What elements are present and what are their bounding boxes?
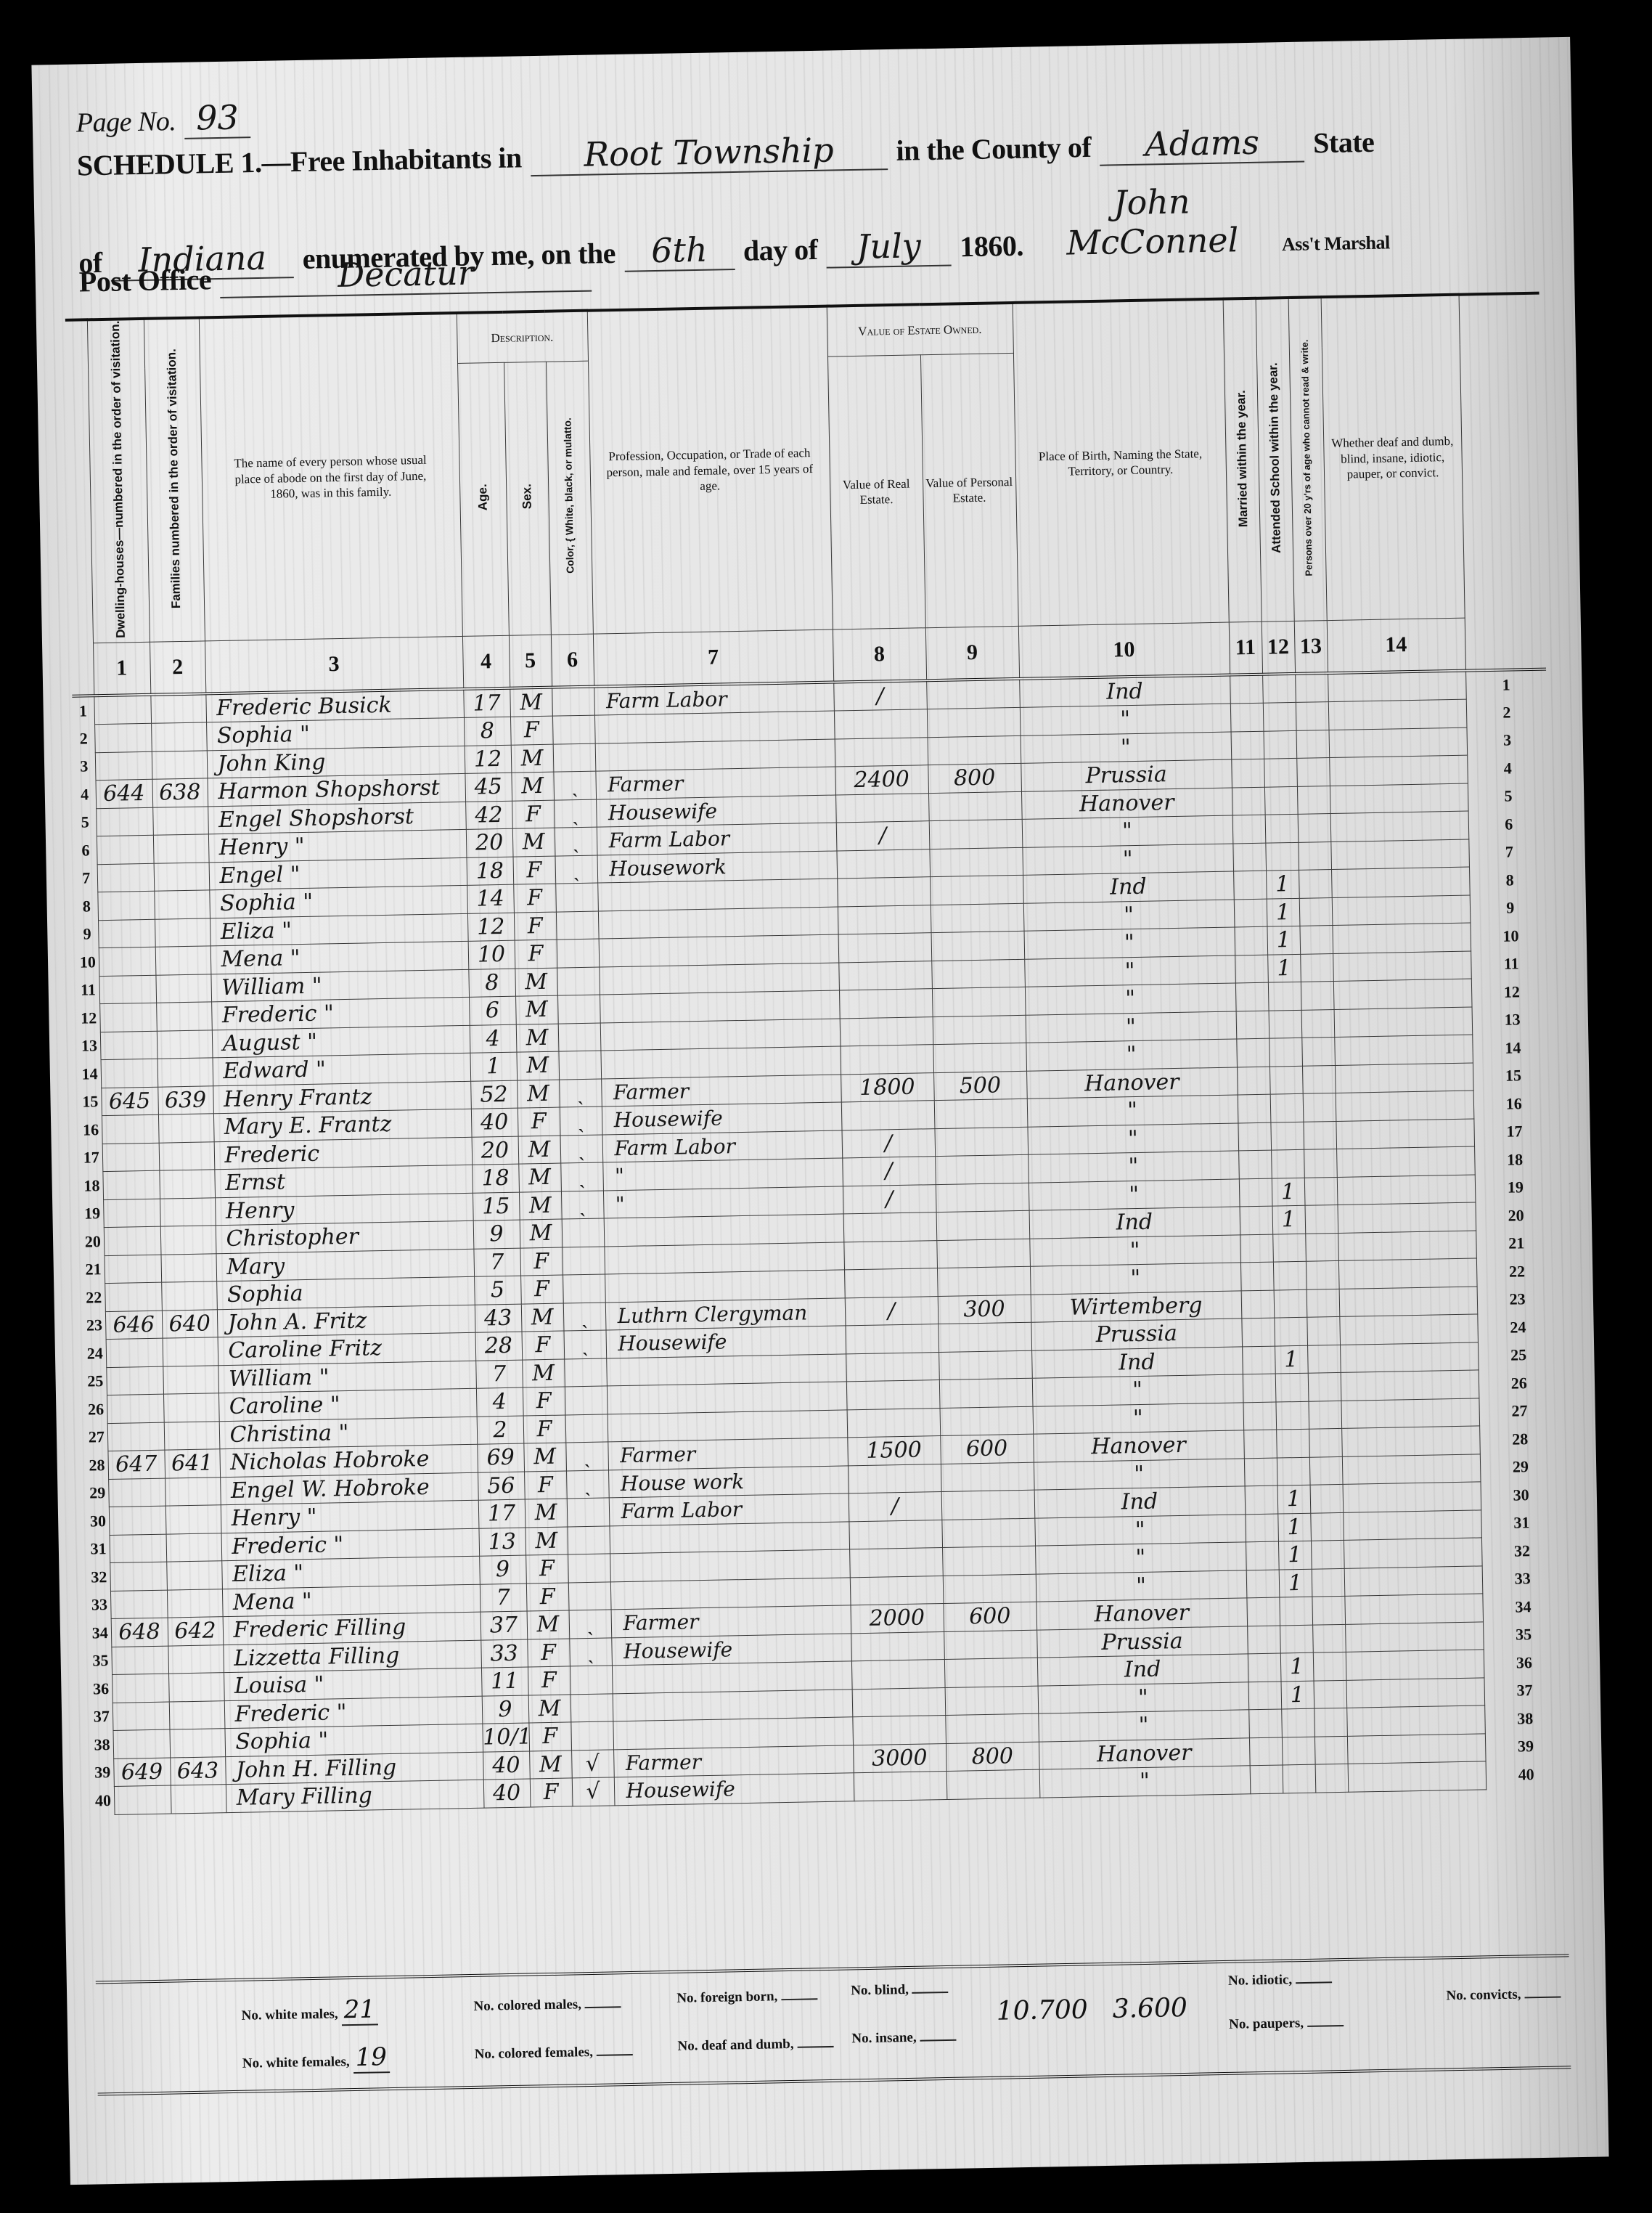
personal-estate-value [933,1043,1026,1072]
line-number: 35 [89,1647,112,1675]
right-line-number: 27 [1479,1396,1560,1426]
school-mark [1268,982,1301,1010]
real-estate-value [840,1016,933,1046]
real-estate-value [838,905,931,934]
married-mark [1248,1653,1281,1682]
family-number [155,918,210,947]
color-mark: ˎ [563,1330,606,1359]
line-number: 23 [83,1311,106,1340]
condition [1340,1342,1479,1373]
sex: F [527,1639,570,1668]
person-name: Ernst [214,1165,473,1197]
family-number [152,750,208,779]
age: 7 [475,1360,523,1389]
right-line-number: 35 [1483,1620,1564,1650]
person-name: Sophia " [206,717,465,750]
person-name: Eliza " [210,913,468,946]
married-mark [1236,1011,1269,1039]
illiterate-mark [1311,1540,1344,1568]
personal-estate-value [946,1769,1040,1799]
real-estate-value [850,1576,944,1605]
line-number: 26 [85,1395,107,1424]
real-estate-value [841,1101,935,1130]
age: 20 [466,828,513,857]
color-mark [567,1525,610,1554]
col-number: 2 [150,641,205,695]
white-females-total: No. white females, 19 [242,2042,389,2076]
personal-estate-value [934,1127,1028,1157]
census-page: Page No. 93 SCHEDULE 1.—Free Inhabitants… [31,37,1608,2185]
birthplace: " [1034,1514,1246,1546]
dwelling-number [114,1785,171,1814]
age: 14 [467,884,514,913]
person-name: Mena " [210,941,469,974]
age: 4 [476,1387,523,1417]
birthplace: Hanover [1021,788,1232,820]
birthplace: " [1029,1179,1240,1211]
color-mark [556,911,599,940]
family-number [158,1058,213,1087]
color-mark [568,1581,611,1610]
census-rows: 1Frederic Busick17MFarm Labor/Ind12Sophi… [72,669,1566,1814]
birthplace: " [1020,704,1231,735]
real-estate-value [838,961,932,990]
age: 1 [470,1052,517,1081]
illiterate-mark [1303,1121,1336,1149]
age: 15 [473,1192,520,1221]
family-number [160,1253,216,1282]
age: 43 [475,1304,522,1333]
school-mark [1270,1093,1304,1122]
right-line-number: 2 [1466,698,1547,728]
color-mark: ˎ [569,1610,612,1639]
sex: M [522,1359,565,1388]
real-estate-value [854,1772,947,1801]
married-mark [1230,703,1264,731]
age: 2 [477,1416,524,1445]
condition [1336,1146,1475,1177]
foreign-born-total: No. foreign born, [676,1988,817,2007]
school-mark [1263,702,1296,730]
sex: M [515,995,558,1024]
condition [1330,783,1468,814]
personal-estate-sum: 3.600 [1112,1993,1187,2024]
birthplace: Ind [1034,1486,1246,1518]
line-number: 40 [92,1787,115,1815]
personal-estate-value [939,1378,1033,1408]
sex: M [511,744,554,773]
insane-total: No. insane, [851,2029,956,2047]
dwelling-number [112,1674,169,1703]
school-mark: 1 [1266,870,1299,898]
school-mark [1272,1234,1306,1262]
color-mark [555,883,598,912]
school-mark [1264,786,1298,815]
school-mark: 1 [1275,1345,1308,1374]
condition [1335,1063,1473,1093]
person-name: Sophia " [209,885,467,918]
real-estate-value: / [842,1157,936,1186]
condition [1341,1398,1479,1429]
birthplace: " [1029,1235,1240,1267]
school-mark [1277,1457,1310,1485]
col-dwelling-header: Dwelling-houses—numbered in the order of… [87,319,150,643]
illiterate-mark [1302,1065,1336,1093]
real-estate-value: / [842,1128,936,1158]
personal-estate-value [931,931,1025,961]
occupation: Housewife [602,1102,842,1135]
occupation [608,1409,848,1442]
family-number [150,693,206,723]
personal-estate-value: 500 [933,1071,1027,1101]
illiterate-mark [1309,1456,1343,1485]
birthplace: Hanover [1033,1430,1244,1462]
line-number: 1 [72,696,94,725]
personal-estate-value [928,735,1021,765]
married-mark [1248,1709,1282,1737]
color-mark: ˎ [555,827,597,856]
occupation: Housewife [614,1773,854,1806]
line-number: 14 [79,1060,102,1088]
line-number: 3 [73,752,96,781]
person-name: John King [207,746,465,778]
sex: F [528,1666,571,1695]
line-number: 16 [80,1116,102,1144]
birthplace: " [1032,1374,1243,1406]
line-number: 13 [78,1032,101,1060]
school-mark [1273,1261,1307,1289]
birthplace: " [1027,1095,1238,1127]
family-number [158,1114,214,1143]
illiterate-mark [1314,1736,1348,1764]
age: 9 [479,1555,526,1584]
birthplace: " [1036,1570,1247,1602]
right-line-number: 17 [1473,1117,1555,1147]
personal-estate-value [941,1462,1034,1492]
person-name: Sophia [216,1276,475,1309]
col-occupation-header: Profession, Occupation, or Trade of each… [587,306,833,634]
family-number [154,862,210,891]
line-number: 31 [88,1535,110,1563]
post-office-field: Decatur [220,251,592,298]
illiterate-mark [1305,1233,1338,1261]
condition [1341,1426,1480,1456]
idiotic-total: No. idiotic, [1228,1971,1332,1989]
family-number: 641 [164,1449,220,1478]
right-line-number: 5 [1468,782,1549,812]
condition [1347,1733,1486,1764]
dwelling-number [107,1422,165,1451]
school-mark [1269,1038,1302,1066]
family-number [165,1505,221,1534]
occupation [605,1270,845,1303]
deaf-dumb-total: No. deaf and dumb, [677,2036,833,2055]
personal-estate-value [931,903,1024,933]
condition [1332,895,1471,926]
line-number: 22 [83,1284,105,1312]
condition [1348,1761,1487,1792]
sex: F [518,1107,560,1136]
family-number [157,1030,213,1059]
person-name: John H. Filling [225,1752,483,1785]
birthplace: " [1034,1458,1245,1490]
real-estate-value [851,1660,945,1690]
color-mark [568,1554,610,1583]
condition [1345,1621,1484,1652]
real-estate-value: / [843,1184,936,1214]
real-estate-value [843,1240,937,1270]
illiterate-mark [1310,1512,1344,1541]
occupation [595,739,835,772]
line-number: 33 [89,1591,111,1619]
right-line-number: 13 [1472,1006,1553,1035]
color-mark: ˎ [553,771,596,800]
school-mark [1275,1373,1309,1401]
color-mark [563,1274,605,1303]
real-estate-value: 1500 [847,1436,941,1466]
school-mark [1269,1066,1303,1094]
col-name-header: The name of every person whose usual pla… [199,313,462,641]
line-number: 30 [87,1507,110,1536]
family-number [160,1226,216,1255]
dwelling-number: 648 [111,1618,168,1647]
line-number: 29 [86,1479,109,1507]
color-mark: ˎ [560,1135,603,1164]
person-name: Harmon Shopshorst [207,773,465,806]
age: 4 [470,1024,517,1053]
sex: M [519,1191,562,1220]
birthplace: Prussia [1036,1626,1248,1658]
line-number: 11 [77,976,99,1004]
dwelling-number [97,891,155,920]
line-number: 19 [81,1199,104,1228]
condition [1343,1482,1481,1512]
condition [1334,1035,1473,1065]
married-mark [1248,1682,1282,1710]
school-mark [1282,1737,1315,1765]
married-mark [1240,1234,1273,1263]
occupation [613,1689,853,1721]
married-mark [1238,1122,1271,1151]
line-number: 36 [90,1675,113,1703]
color-mark [571,1721,613,1751]
right-line-number: 4 [1467,754,1548,783]
married-mark [1238,1094,1271,1122]
occupation [606,1353,846,1386]
age: 12 [467,913,515,942]
color-mark [567,1498,610,1527]
school-mark [1274,1317,1307,1345]
occupation: Housework [597,851,838,884]
real-estate-value: 2000 [851,1604,944,1634]
color-mark [557,967,600,996]
state-label: State [1313,126,1375,160]
family-number [155,974,211,1003]
colored-males-total: No. colored males, [473,1996,621,2015]
school-mark: 1 [1278,1541,1312,1569]
sex: F [528,1722,571,1751]
sex: M [525,1499,568,1528]
sex: M [511,772,554,801]
right-line-number: 15 [1473,1061,1554,1091]
right-line-number: 14 [1472,1033,1553,1063]
family-number [166,1561,222,1590]
year-label: 1860. [960,229,1023,264]
occupation: Farmer [611,1605,851,1638]
married-mark [1232,815,1266,843]
illiterate-mark [1315,1764,1349,1792]
illiterate-mark [1300,953,1333,982]
family-number [163,1337,218,1366]
color-mark: √ [572,1777,615,1806]
illiterate-mark [1312,1596,1345,1624]
color-mark: ˎ [561,1191,604,1220]
dwelling-number [113,1702,170,1731]
age: 33 [481,1639,528,1668]
married-mark [1244,1458,1277,1486]
sex: M [518,1163,561,1192]
color-mark [553,743,596,773]
dwelling-number [96,807,153,836]
age: 11 [481,1667,528,1696]
col-personal-estate-header: Value of Personal Estate. [920,353,1018,627]
illiterate-mark [1306,1261,1339,1289]
person-name: Frederic " [224,1696,483,1729]
col-number: 5 [509,635,552,688]
married-mark [1234,926,1267,955]
real-estate-value [846,1352,939,1382]
col-number: 4 [462,635,510,689]
sex: M [520,1219,563,1248]
married-mark [1235,982,1269,1011]
sex: F [514,912,557,941]
school-mark: 1 [1279,1569,1312,1597]
personal-estate-value [934,1099,1028,1128]
condition [1333,979,1472,1009]
real-estate-value: / [833,680,927,711]
family-number [159,1141,215,1170]
sex: M [517,1080,560,1109]
married-mark [1243,1430,1277,1458]
sex: M [518,1136,561,1165]
occupation: Farmer [595,767,835,799]
school-mark: 1 [1267,898,1300,926]
family-number [165,1477,221,1506]
condition [1332,923,1471,953]
person-name: Henry Frantz [213,1081,471,1114]
personal-estate-value [936,1210,1030,1240]
dwelling-number [94,694,151,724]
married-mark [1235,955,1268,983]
color-mark: ˎ [560,1106,602,1136]
married-mark [1232,787,1265,815]
right-line-number: 11 [1471,950,1552,979]
dwelling-number: 645 [101,1087,158,1116]
person-name: Engel Shopshorst [208,802,466,834]
dwelling-number [99,975,156,1004]
line-number: 10 [77,948,99,977]
condition [1344,1565,1483,1596]
col-married-header: Married within the year. [1223,298,1262,622]
illiterate-mark [1298,814,1331,842]
personal-estate-value [939,1350,1032,1380]
col-school-header: Attended School within the year. [1256,298,1294,621]
birthplace: " [1023,900,1235,932]
col-number: 13 [1294,620,1328,673]
married-mark [1245,1514,1278,1542]
occupation [600,1046,841,1079]
real-estate-value [847,1408,941,1438]
married-mark [1250,1765,1283,1793]
col-number: 12 [1262,621,1295,674]
family-number [167,1589,223,1618]
family-number [163,1365,218,1394]
line-number: 24 [84,1340,107,1368]
sex: F [526,1583,569,1612]
col-number: 8 [833,627,926,682]
illiterate-mark [1297,786,1330,814]
marshal-field: John McConnel [1031,180,1273,263]
right-line-number: 40 [1486,1760,1567,1790]
real-estate-value [838,933,932,963]
right-line-number: 1 [1465,669,1547,699]
condition [1344,1594,1483,1624]
birthplace: " [1027,1123,1238,1155]
person-name: John A. Fritz [217,1305,475,1337]
dwelling-number [97,863,155,892]
real-estate-value [843,1213,937,1242]
birthplace: " [1030,1263,1241,1295]
family-number: 640 [162,1309,218,1338]
married-mark [1233,871,1267,899]
dwelling-number: 649 [113,1758,171,1787]
personal-estate-value [932,987,1026,1016]
line-number: 6 [75,836,97,865]
page-number-label: Page No. [76,106,176,139]
married-mark [1246,1541,1279,1570]
dwelling-number [104,1255,161,1284]
occupation [597,879,838,911]
convicts-total: No. convicts, [1446,1986,1561,2005]
sex: F [515,940,557,969]
right-line-number: 30 [1481,1480,1562,1510]
sex: F [510,716,553,745]
occupation: Farm Labor [597,823,837,855]
real-estate-value [845,1324,939,1354]
birthplace: " [1021,732,1232,764]
sex: F [520,1247,563,1276]
family-number [151,722,207,751]
color-mark: ˎ [566,1470,609,1499]
line-number: 15 [79,1088,102,1116]
right-line-number: 34 [1482,1592,1563,1622]
real-estate-value: / [845,1296,939,1326]
real-estate-value [844,1268,938,1298]
married-mark [1238,1150,1272,1178]
personal-estate-value: 800 [946,1742,1039,1772]
sex: F [530,1778,573,1807]
right-line-number: 23 [1477,1285,1558,1315]
right-line-number: 10 [1470,921,1551,951]
real-estate-value [836,849,930,879]
line-number: 17 [81,1144,103,1172]
col-color-header: Color, { White, black, or mulatto. [546,361,593,635]
birthplace: " [1024,955,1235,987]
right-line-number: 20 [1475,1201,1556,1231]
real-estate-value: 2400 [835,765,928,795]
personal-estate-value [926,678,1020,709]
dwelling-number [104,1226,161,1255]
